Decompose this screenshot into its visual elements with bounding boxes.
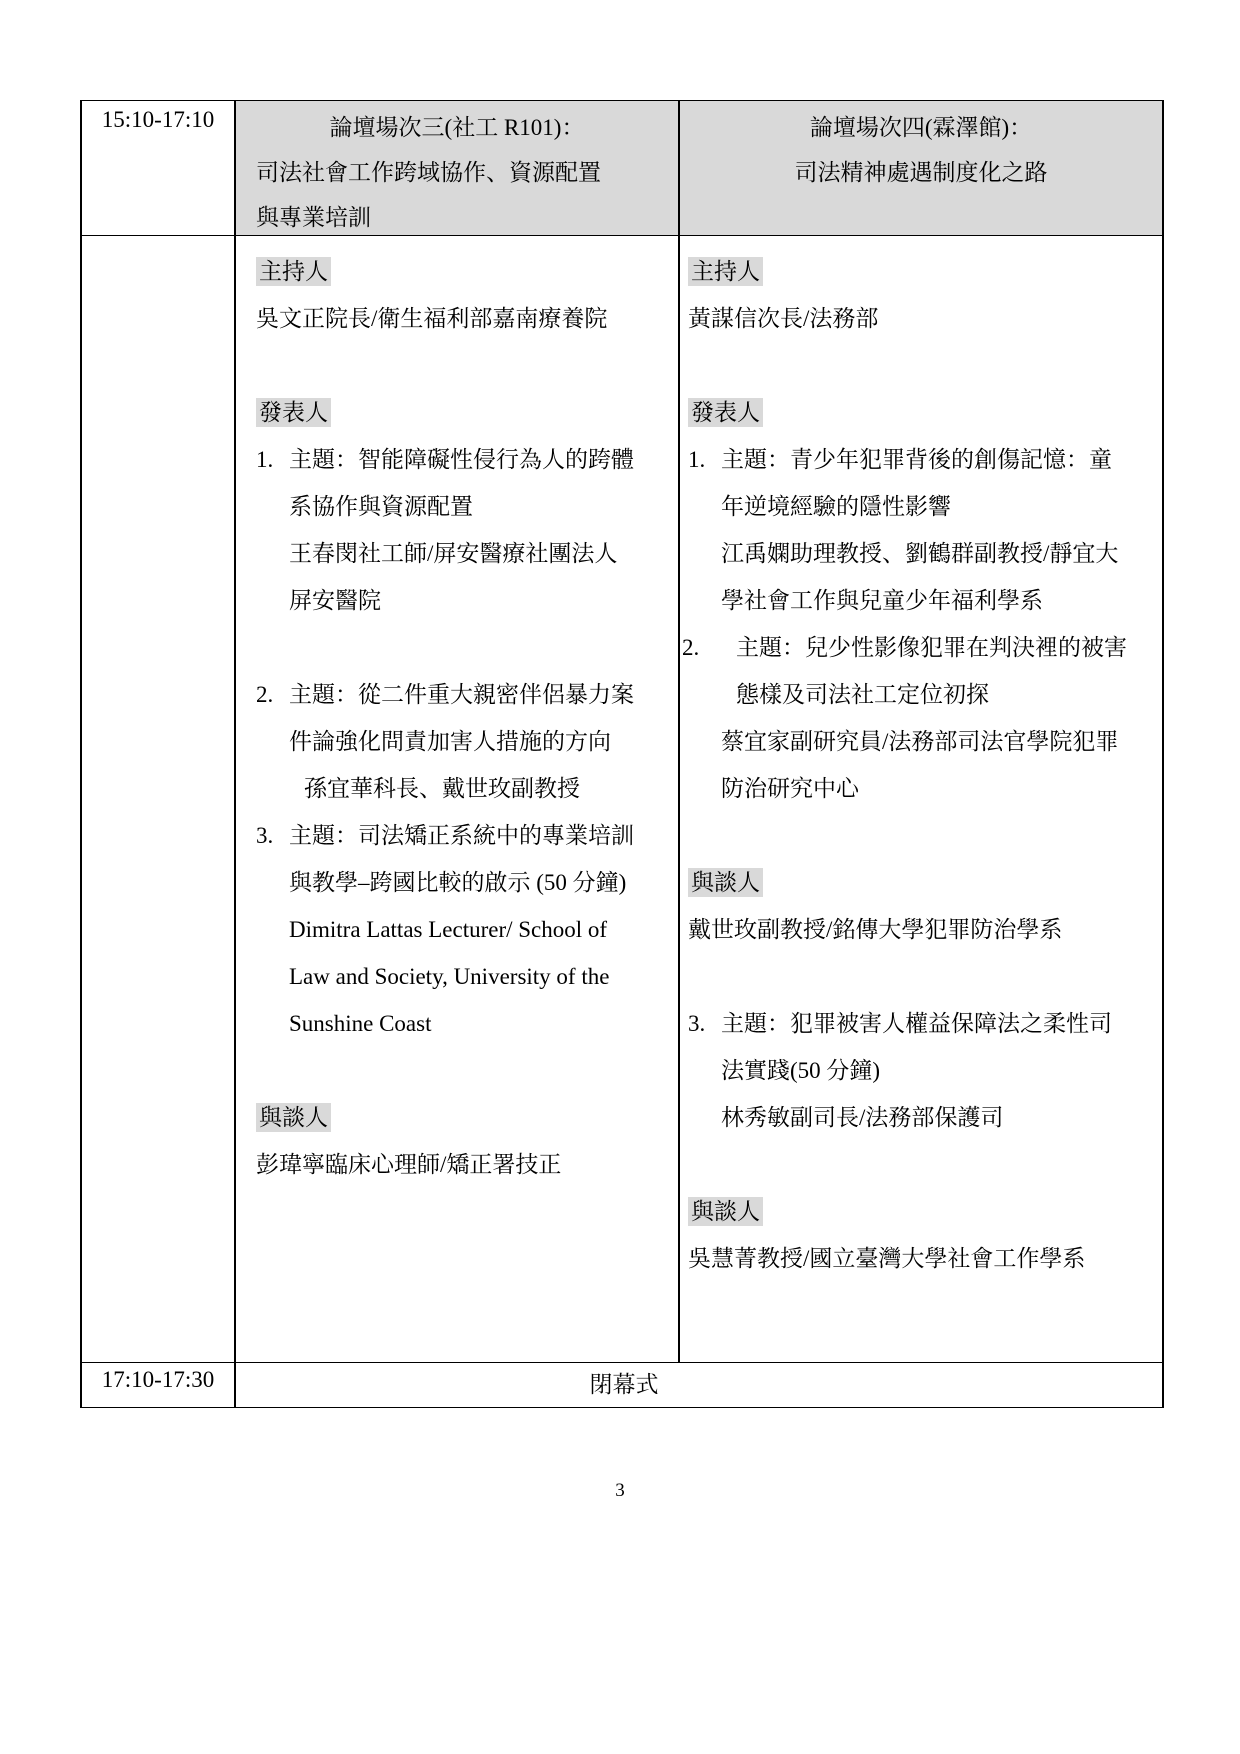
section-label: 與談人 xyxy=(256,1094,674,1141)
time-slot-closing: 17:10-17:30 xyxy=(82,1363,234,1407)
forum4-header-cell: 論壇場次四(霖澤館)：司法精神處遇制度化之路 xyxy=(678,101,1162,235)
topic-number: 3. xyxy=(688,1000,721,1047)
blank-line xyxy=(256,342,674,389)
topic-line: 1.主題：智能障礙性侵行為人的跨體 xyxy=(256,436,674,483)
forum-title-line: 司法社會工作跨域協作、資源配置 xyxy=(236,150,678,195)
schedule-line: 系協作與資源配置 xyxy=(256,483,674,530)
closing-ceremony-row: 17:10-17:30 閉幕式 xyxy=(82,1362,1162,1407)
topic-line: 2.主題：兒少性影像犯罪在判決裡的被害 xyxy=(682,624,1158,671)
blank-line xyxy=(256,624,674,671)
forum-title-line: 司法精神處遇制度化之路 xyxy=(680,150,1162,195)
section-label: 主持人 xyxy=(688,248,1158,295)
program-schedule-table: 15:10-17:10 論壇場次三(社工 R101)：司法社會工作跨域協作、資源… xyxy=(80,100,1164,1408)
schedule-line: 林秀敏副司長/法務部保護司 xyxy=(688,1094,1158,1141)
page-number: 3 xyxy=(0,1480,1240,1502)
topic-text: 主題：犯罪被害人權益保障法之柔性司 xyxy=(721,1000,1112,1047)
blank-line xyxy=(256,1047,674,1094)
forum3-header-cell: 論壇場次三(社工 R101)：司法社會工作跨域協作、資源配置與專業培訓 xyxy=(234,101,678,235)
time-slot-forums-spacer xyxy=(82,236,234,1362)
topic-line: 3.主題：犯罪被害人權益保障法之柔性司 xyxy=(688,1000,1158,1047)
section-label: 與談人 xyxy=(688,1188,1158,1235)
highlighted-label-text: 與談人 xyxy=(688,1197,763,1226)
topic-text: 主題：青少年犯罪背後的創傷記憶：童 xyxy=(721,436,1112,483)
highlighted-label-text: 發表人 xyxy=(688,398,763,427)
highlighted-label-text: 主持人 xyxy=(256,257,331,286)
section-label: 發表人 xyxy=(688,389,1158,436)
forum-header-row: 15:10-17:10 論壇場次三(社工 R101)：司法社會工作跨域協作、資源… xyxy=(82,101,1162,235)
schedule-line: 態樣及司法社工定位初探 xyxy=(688,671,1158,718)
schedule-line: 年逆境經驗的隱性影響 xyxy=(688,483,1158,530)
forum-title-line: 與專業培訓 xyxy=(236,195,678,240)
schedule-line: Dimitra Lattas Lecturer/ School of xyxy=(256,906,674,953)
schedule-line: 蔡宜家副研究員/法務部司法官學院犯罪 xyxy=(688,718,1158,765)
schedule-line: 王春閔社工師/屏安醫療社團法人 xyxy=(256,530,674,577)
section-label: 主持人 xyxy=(256,248,674,295)
highlighted-label-text: 與談人 xyxy=(256,1103,331,1132)
schedule-line: 彭瑋寧臨床心理師/矯正署技正 xyxy=(256,1141,674,1188)
blank-line xyxy=(688,342,1158,389)
forum3-body-cell: 主持人吳文正院長/衛生福利部嘉南療養院 發表人1.主題：智能障礙性侵行為人的跨體… xyxy=(234,236,678,1362)
forum-title-line: 論壇場次三(社工 R101)： xyxy=(236,105,678,150)
schedule-line: 法實踐(50 分鐘) xyxy=(688,1047,1158,1094)
time-slot-forums: 15:10-17:10 xyxy=(82,101,234,235)
blank-line xyxy=(688,812,1158,859)
schedule-line: 吳文正院長/衛生福利部嘉南療養院 xyxy=(256,295,674,342)
highlighted-label-text: 主持人 xyxy=(688,257,763,286)
schedule-line: Sunshine Coast xyxy=(256,1000,674,1047)
schedule-line: 黃謀信次長/法務部 xyxy=(688,295,1158,342)
schedule-line: 學社會工作與兒童少年福利學系 xyxy=(688,577,1158,624)
topic-text: 主題：兒少性影像犯罪在判決裡的被害 xyxy=(736,624,1127,671)
topic-number: 2. xyxy=(256,671,289,718)
section-label: 發表人 xyxy=(256,389,674,436)
topic-number: 1. xyxy=(256,436,289,483)
schedule-line: 吳慧菁教授/國立臺灣大學社會工作學系 xyxy=(688,1235,1158,1282)
topic-number: 1. xyxy=(688,436,721,483)
topic-number: 2. xyxy=(682,624,736,671)
schedule-line: 江禹嫻助理教授、劉鶴群副教授/靜宜大 xyxy=(688,530,1158,577)
schedule-line: Law and Society, University of the xyxy=(256,953,674,1000)
topic-line: 1.主題：青少年犯罪背後的創傷記憶：童 xyxy=(688,436,1158,483)
schedule-line: 戴世玫副教授/銘傳大學犯罪防治學系 xyxy=(688,906,1158,953)
topic-number: 3. xyxy=(256,812,289,859)
blank-line xyxy=(688,1141,1158,1188)
topic-text: 主題：司法矯正系統中的專業培訓 xyxy=(289,812,634,859)
forum-body-row: 主持人吳文正院長/衛生福利部嘉南療養院 發表人1.主題：智能障礙性侵行為人的跨體… xyxy=(82,235,1162,1362)
schedule-line: 孫宜華科長、戴世玫副教授 xyxy=(256,765,674,812)
schedule-line: 與教學–跨國比較的啟示 (50 分鐘) xyxy=(256,859,674,906)
blank-line xyxy=(688,953,1158,1000)
schedule-line: 屏安醫院 xyxy=(256,577,674,624)
closing-ceremony-label: 閉幕式 xyxy=(234,1363,1162,1407)
forum4-body-cell: 主持人黃謀信次長/法務部 發表人1.主題：青少年犯罪背後的創傷記憶：童年逆境經驗… xyxy=(678,236,1162,1362)
topic-text: 主題：從二件重大親密伴侶暴力案 xyxy=(289,671,634,718)
topic-line: 3.主題：司法矯正系統中的專業培訓 xyxy=(256,812,674,859)
schedule-line: 防治研究中心 xyxy=(688,765,1158,812)
section-label: 與談人 xyxy=(688,859,1158,906)
topic-line: 2.主題：從二件重大親密伴侶暴力案 xyxy=(256,671,674,718)
highlighted-label-text: 發表人 xyxy=(256,398,331,427)
schedule-line: 件論強化問責加害人措施的方向 xyxy=(256,718,674,765)
forum-title-line: 論壇場次四(霖澤館)： xyxy=(680,105,1162,150)
highlighted-label-text: 與談人 xyxy=(688,868,763,897)
topic-text: 主題：智能障礙性侵行為人的跨體 xyxy=(289,436,634,483)
